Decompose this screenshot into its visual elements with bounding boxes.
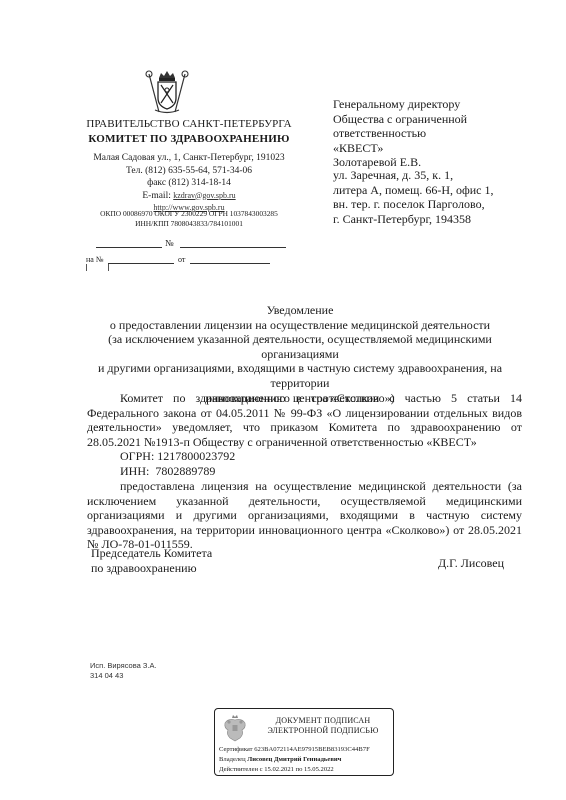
ref-number-blank bbox=[108, 263, 174, 264]
recipient-address-line: ул. Заречная, д. 35, к. 1, bbox=[333, 168, 494, 183]
ogrn: ОГРН: 1217800023792 bbox=[120, 449, 235, 464]
stamp-title-line: ДОКУМЕНТ ПОДПИСАН bbox=[253, 716, 393, 726]
inn-kpp: ИНН/КПП 7808043833/784101001 bbox=[80, 219, 298, 229]
double-headed-eagle-icon bbox=[222, 714, 248, 742]
notice-subtitle-line: и другими организациями, входящими в час… bbox=[70, 361, 530, 390]
owner-name: Лисовец Дмитрий Геннадьевич bbox=[247, 756, 341, 763]
recipient-address-line: литера А, помещ. 66-Н, офис 1, bbox=[333, 183, 494, 198]
body-paragraph-2: предоставлена лицензия на осуществление … bbox=[87, 479, 522, 552]
recipient-block: Генеральному директору Общества с ограни… bbox=[333, 97, 467, 170]
number-blank bbox=[180, 247, 286, 248]
incoming-reference-line: на № от bbox=[86, 255, 286, 273]
coat-of-arms-icon bbox=[139, 68, 195, 116]
signatory-name: Д.Г. Лисовец bbox=[438, 556, 504, 571]
notice-subtitle-line: о предоставлении лицензии на осуществлен… bbox=[70, 318, 530, 333]
corner-mark bbox=[108, 264, 109, 271]
certificate-row: Сертификат 623BA072114AE97915BEB83193C44… bbox=[219, 745, 370, 755]
recipient-address-line: вн. тер. г. поселок Парголово, bbox=[333, 197, 494, 212]
sender-fax: факс (812) 314-18-14 bbox=[80, 177, 298, 190]
number-sign: № bbox=[165, 238, 174, 248]
committee-name: КОМИТЕТ ПО ЗДРАВООХРАНЕНИЮ bbox=[80, 133, 298, 145]
position-line: по здравоохранению bbox=[91, 561, 212, 576]
stamp-title-line: ЭЛЕКТРОННОЙ ПОДПИСЬЮ bbox=[253, 726, 393, 736]
body-paragraph-1: Комитет по здравоохранению в соответстви… bbox=[87, 391, 522, 449]
company-identifiers: ОГРН: 1217800023792 ИНН: 7802889789 bbox=[120, 449, 235, 478]
position-line: Председатель Комитета bbox=[91, 546, 212, 561]
recipient-line: Генеральному директору bbox=[333, 97, 467, 112]
executor-name: Исп. Вирясова З.А. bbox=[90, 661, 157, 671]
sender-contacts: Малая Садовая ул., 1, Санкт-Петербург, 1… bbox=[80, 152, 298, 215]
executor-phone: 314 04 43 bbox=[90, 671, 157, 681]
ref-from-label: от bbox=[178, 255, 185, 264]
sender-email-row: E-mail: kzdrav@gov.spb.ru bbox=[80, 190, 298, 203]
stamp-title: ДОКУМЕНТ ПОДПИСАН ЭЛЕКТРОННОЙ ПОДПИСЬЮ bbox=[253, 716, 393, 736]
recipient-line: «КВЕСТ» bbox=[333, 141, 467, 156]
recipient-line: ответственностью bbox=[333, 126, 467, 141]
outgoing-registration-line: № bbox=[96, 238, 296, 250]
email-label: E-mail: bbox=[142, 191, 173, 201]
date-blank bbox=[96, 247, 162, 248]
recipient-line: Общества с ограниченной bbox=[333, 112, 467, 127]
e-signature-stamp: ДОКУМЕНТ ПОДПИСАН ЭЛЕКТРОННОЙ ПОДПИСЬЮ С… bbox=[214, 708, 394, 776]
ref-date-blank bbox=[190, 263, 270, 264]
government-name: ПРАВИТЕЛЬСТВО САНКТ-ПЕТЕРБУРГА bbox=[80, 118, 298, 130]
recipient-address: ул. Заречная, д. 35, к. 1, литера А, пом… bbox=[333, 168, 494, 226]
sender-address: Малая Садовая ул., 1, Санкт-Петербург, 1… bbox=[80, 152, 298, 165]
certificate-label: Сертификат bbox=[219, 746, 254, 753]
recipient-address-line: г. Санкт-Петербург, 194358 bbox=[333, 212, 494, 227]
inn: ИНН: 7802889789 bbox=[120, 464, 235, 479]
notice-title-block: Уведомление о предоставлении лицензии на… bbox=[70, 303, 530, 405]
certificate-number: 623BA072114AE97915BEB83193C44B7F bbox=[254, 746, 370, 753]
corner-mark bbox=[86, 264, 87, 271]
sender-phone: Тел. (812) 635-55-64, 571-34-06 bbox=[80, 165, 298, 178]
signatory-position: Председатель Комитета по здравоохранению bbox=[91, 546, 212, 575]
certificate-details: Сертификат 623BA072114AE97915BEB83193C44… bbox=[219, 745, 370, 775]
executor-info: Исп. Вирясова З.А. 314 04 43 bbox=[90, 661, 157, 681]
notice-title: Уведомление bbox=[70, 303, 530, 318]
notice-subtitle-line: (за исключением указанной деятельности, … bbox=[70, 332, 530, 361]
ref-prefix: на № bbox=[86, 255, 103, 264]
email-link[interactable]: kzdrav@gov.spb.ru bbox=[173, 191, 235, 200]
okpo-okogu-ogrn: ОКПО 00086970 ОКОГУ 2300229 ОГРН 1037843… bbox=[80, 209, 298, 219]
owner-label: Владелец bbox=[219, 756, 247, 763]
validity-period: Действителен с 15.02.2021 по 15.05.2022 bbox=[219, 765, 370, 775]
sender-codes: ОКПО 00086970 ОКОГУ 2300229 ОГРН 1037843… bbox=[80, 209, 298, 229]
owner-row: Владелец Лисовец Дмитрий Геннадьевич bbox=[219, 755, 370, 765]
